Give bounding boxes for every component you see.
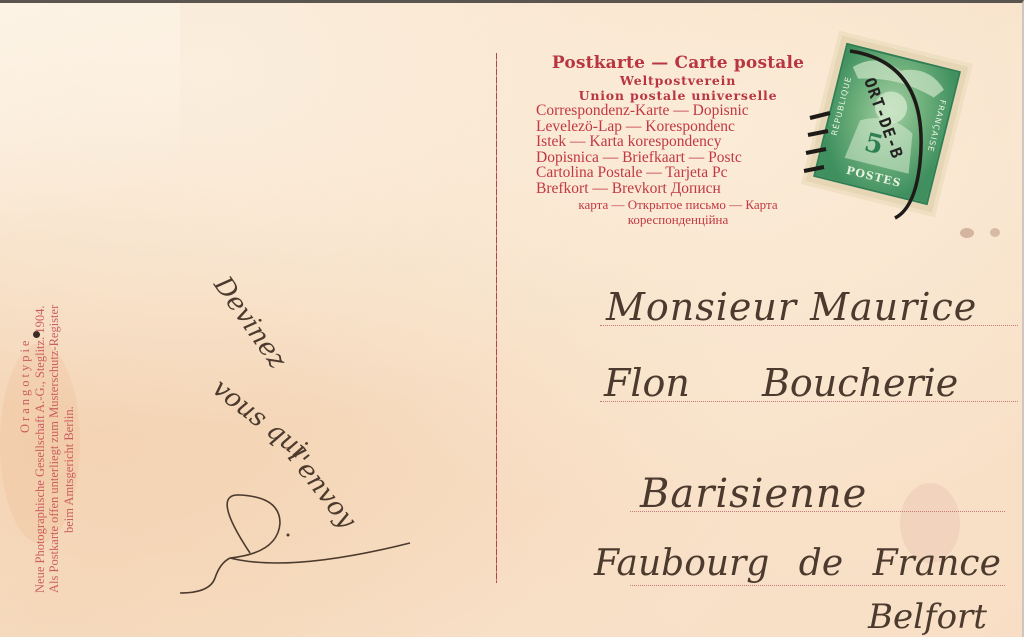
- header-cyrillic-1: карта — Открытое письмо — Карта: [528, 197, 828, 212]
- header-line: Dopisnica — Briefkaart — Postc: [528, 150, 828, 166]
- imprint-line-4: beim Amtsgericht Berlin.: [62, 305, 77, 593]
- postcard-header: Postkarte — Carte postale Weltpostverein…: [528, 53, 828, 227]
- publisher-imprint: Orangotypie Neue Photographische Gesells…: [18, 305, 76, 593]
- paper-sheen: [0, 3, 180, 283]
- imprint-line-2: Neue Photographische Gesellschaft A.-G.,…: [33, 305, 48, 593]
- stain: [990, 228, 1000, 237]
- address-line-1: Monsieur Maurice: [606, 285, 977, 329]
- imprint-line-1: Orangotypie: [18, 305, 33, 593]
- imprint-line-3: Als Postkarte offen unterliegt zum Muste…: [47, 305, 62, 593]
- header-line: Cartolina Postale — Tarjeta Pc: [528, 165, 828, 181]
- address-line-3: Barisienne: [640, 471, 867, 517]
- center-divider-line: [496, 53, 497, 583]
- stain: [960, 228, 974, 238]
- header-title: Postkarte — Carte postale: [528, 53, 828, 73]
- header-line: Levelezö-Lap — Korespondenc: [528, 119, 828, 135]
- postcard-back: Orangotypie Neue Photographische Gesells…: [0, 0, 1024, 637]
- header-line: Istek — Karta korespondency: [528, 134, 828, 150]
- header-cyrillic-2: кореспонденційна: [528, 212, 828, 227]
- header-line: Brefkort — Brevkort Дописн: [528, 181, 828, 197]
- signature-flourish-icon: [170, 483, 430, 603]
- header-subtitle-2: Union postale universelle: [528, 88, 828, 103]
- address-line-2: Flon Boucherie: [604, 361, 958, 405]
- message-line-1: Devinez: [207, 271, 292, 374]
- address-rule: [630, 585, 1005, 586]
- header-line: Correspondenz-Karte — Dopisnic: [528, 103, 828, 119]
- address-line-4: Faubourg de France: [594, 543, 1001, 584]
- header-subtitle-1: Weltpostverein: [528, 73, 828, 88]
- address-line-5: Belfort: [868, 597, 987, 637]
